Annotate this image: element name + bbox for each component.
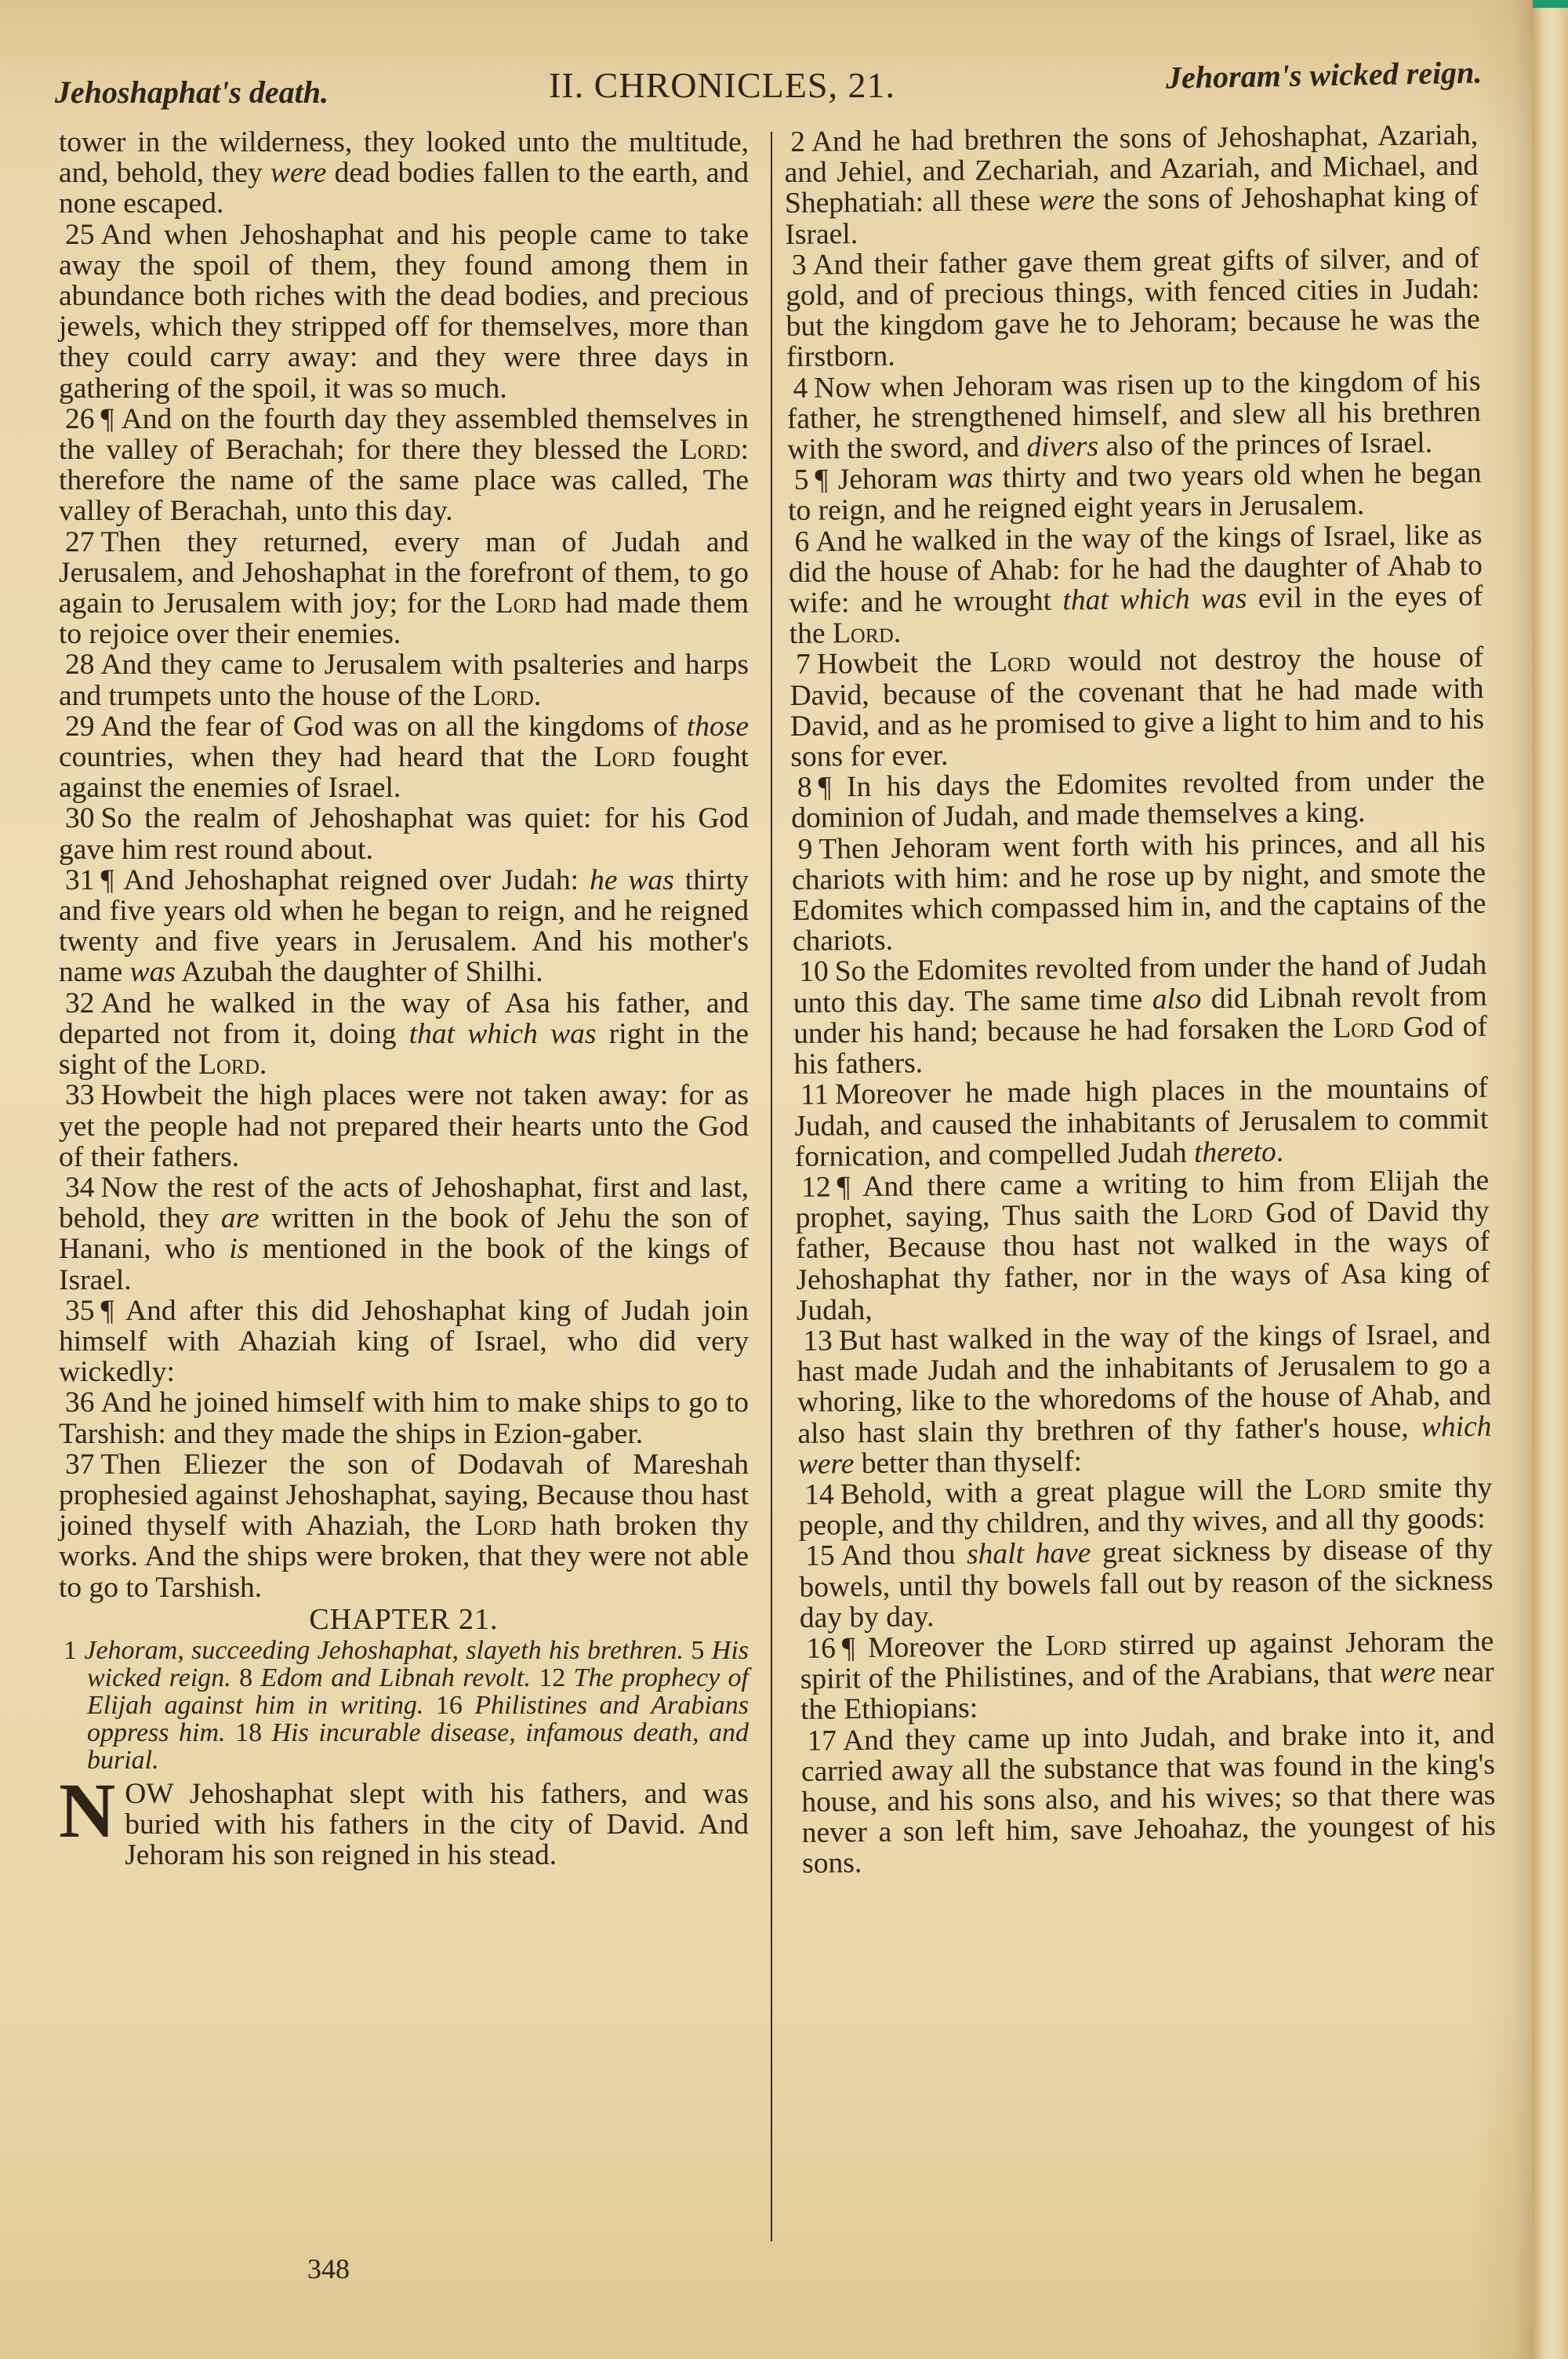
- verse: 13But hast walked in the way of the king…: [797, 1319, 1492, 1480]
- verse: 30So the realm of Jehoshaphat was quiet:…: [59, 803, 749, 864]
- verse: 12¶ And there came a writing to him from…: [795, 1165, 1490, 1326]
- verse-number: 28: [65, 649, 95, 681]
- header-left-title: Jehoshaphat's death.: [55, 74, 328, 111]
- verse-number: 2: [790, 126, 805, 158]
- verse-number: 12: [801, 1171, 831, 1203]
- verse-number: 15: [805, 1540, 835, 1572]
- verse-number: 4: [793, 372, 808, 404]
- verse-number: 17: [807, 1725, 837, 1757]
- verse-text: .: [260, 1049, 267, 1081]
- italic-supplied-word: that which was: [409, 1018, 597, 1050]
- verse-text: .: [894, 617, 902, 649]
- verse-number: 10: [799, 956, 829, 988]
- pilcrow-icon: ¶: [101, 1295, 126, 1327]
- opening-verse: NOW Jehoshaphat slept with his fathers, …: [59, 1779, 749, 1871]
- verse: 34Now the rest of the acts of Jehoshapha…: [59, 1172, 749, 1296]
- verse-text: But hast walked in the way of the kings …: [797, 1318, 1491, 1450]
- chapter-heading: CHAPTER 21.: [59, 1605, 749, 1635]
- pilcrow-icon: ¶: [101, 864, 124, 896]
- small-caps-lord: Lord: [1192, 1198, 1253, 1230]
- verse: 37Then Eliezer the son of Dodavah of Mar…: [59, 1449, 749, 1603]
- verse-number: 33: [65, 1079, 95, 1111]
- verse-text: Then Jehoram went forth with his princes…: [792, 826, 1486, 958]
- italic-supplied-word: were: [270, 157, 327, 189]
- verse: 27Then they returned, every man of Judah…: [59, 527, 749, 650]
- italic-supplied-word: shalt have: [967, 1537, 1091, 1571]
- verse: 4Now when Jehoram was risen up to the ki…: [786, 365, 1481, 465]
- verse-text: And thou: [840, 1539, 967, 1572]
- verse: 15And thou shalt have great sickness by …: [799, 1534, 1494, 1634]
- italic-supplied-word: are: [221, 1202, 260, 1234]
- column-divider: [771, 132, 772, 2241]
- verse-number: 16: [806, 1632, 836, 1664]
- page-edge-curl: [1533, 0, 1568, 2359]
- italic-supplied-word: is: [229, 1233, 249, 1265]
- verse-continuation: tower in the wilderness, they looked unt…: [59, 127, 749, 220]
- verse: 25And when Jehoshaphat and his people ca…: [59, 220, 749, 404]
- summary-text: Edom and Libnah revolt.: [261, 1663, 531, 1692]
- summary-verse-number: 16: [423, 1691, 474, 1720]
- verse-text: And Jehoshaphat reigned over Judah:: [123, 864, 590, 896]
- verse-text: Jehoram: [838, 463, 948, 496]
- verse: 33Howbeit the high places were not taken…: [59, 1080, 749, 1172]
- verse-text: And their father gave them great gifts o…: [786, 242, 1480, 374]
- italic-supplied-word: he was: [590, 864, 674, 896]
- italic-supplied-word: that which was: [1062, 583, 1247, 616]
- verse-text: And on the fourth day they assembled the…: [59, 403, 749, 466]
- verse-number: 27: [65, 526, 95, 558]
- verse-text: Moreover he made high places in the moun…: [794, 1072, 1488, 1173]
- verse: 31¶ And Jehoshaphat reigned over Judah: …: [59, 865, 749, 988]
- verse: 32And he walked in the way of Asa his fa…: [59, 988, 749, 1081]
- verse: 36And he joined himself with him to make…: [59, 1387, 749, 1448]
- pilcrow-icon: ¶: [818, 771, 847, 803]
- verse-text: And after this did Jehoshaphat king of J…: [59, 1295, 749, 1388]
- summary-verse-number: 1: [64, 1636, 84, 1665]
- header-book-chapter: II. CHRONICLES, 21.: [549, 64, 895, 106]
- right-verses: 2And he had brethren the sons of Jehosha…: [784, 120, 1496, 1880]
- bible-page: Jehoshaphat's death. II. CHRONICLES, 21.…: [0, 0, 1533, 2359]
- italic-supplied-word: those: [687, 711, 749, 743]
- verse-text: .: [1276, 1136, 1284, 1168]
- verse-text: And he joined himself with him to make s…: [59, 1387, 749, 1449]
- verse-text: countries, when they had heard that the: [59, 741, 594, 773]
- verse-text: better than thyself:: [854, 1445, 1082, 1480]
- verse: 3And their father gave them great gifts …: [786, 243, 1481, 373]
- left-column: tower in the wilderness, they looked unt…: [59, 127, 749, 1871]
- verse-number: 32: [65, 987, 95, 1020]
- verse-number: 5: [794, 464, 809, 496]
- small-caps-lord: Lord: [475, 1510, 536, 1542]
- summary-verse-number: 18: [226, 1718, 272, 1747]
- verse-number: 30: [65, 802, 95, 834]
- left-verses: 25And when Jehoshaphat and his people ca…: [59, 220, 749, 1603]
- verse-number: 37: [65, 1448, 95, 1481]
- pilcrow-icon: ¶: [101, 403, 122, 435]
- small-caps-lord: Lord: [989, 646, 1051, 679]
- verse-text: In his days the Edomites revolted from u…: [791, 765, 1485, 834]
- verse: 29And the fear of God was on all the kin…: [59, 711, 749, 804]
- opening-verse-text: OW Jehoshaphat slept with his fathers, a…: [125, 1778, 749, 1871]
- small-caps-lord: Lord: [1333, 1012, 1394, 1045]
- verse-number: 36: [65, 1387, 95, 1419]
- verse-number: 14: [804, 1478, 834, 1510]
- verse: 26¶ And on the fourth day they assembled…: [59, 404, 749, 527]
- verse-text: And they came up into Judah, and brake i…: [801, 1717, 1496, 1880]
- verse: 16¶ Moreover the Lord stirred up against…: [800, 1627, 1494, 1726]
- chapter-summary: 1 Jehoram, succeeding Jehoshaphat, slaye…: [59, 1637, 749, 1774]
- verse-number: 11: [800, 1079, 829, 1111]
- verse-number: 25: [65, 219, 95, 251]
- verse-text: And the fear of God was on all the kingd…: [101, 711, 687, 743]
- small-caps-lord: Lord: [680, 434, 741, 466]
- verse-number: 35: [65, 1295, 95, 1327]
- verse-number: 6: [794, 525, 809, 558]
- verse: 17And they came up into Judah, and brake…: [800, 1718, 1496, 1879]
- verse-text: Howbeit the high places were not taken a…: [59, 1079, 749, 1172]
- pilcrow-icon: ¶: [837, 1171, 862, 1203]
- bookmark-tab: [1533, 0, 1568, 8]
- small-caps-lord: Lord: [594, 741, 655, 773]
- verse-number: 3: [792, 249, 807, 282]
- small-caps-lord: Lord: [473, 680, 534, 712]
- verse: 14Behold, with a great plague will the L…: [798, 1473, 1493, 1542]
- verse-number: 29: [65, 711, 95, 743]
- verse: 35¶ And after this did Jehoshaphat king …: [59, 1296, 749, 1388]
- verse-number: 8: [797, 772, 812, 804]
- small-caps-lord: Lord: [1045, 1630, 1106, 1663]
- summary-verse-number: 12: [531, 1663, 574, 1692]
- verse-number: 13: [803, 1325, 833, 1357]
- verse: 2And he had brethren the sons of Jehosha…: [784, 120, 1479, 250]
- verse-number: 31: [65, 864, 95, 896]
- verse: 6And he walked in the way of the kings o…: [788, 519, 1483, 649]
- page-number: 348: [307, 2252, 350, 2285]
- verse-text: And when Jehoshaphat and his people came…: [59, 219, 749, 405]
- italic-supplied-word: divers: [1026, 431, 1098, 463]
- small-caps-lord: Lord: [833, 617, 894, 650]
- summary-verse-number: 8: [231, 1663, 261, 1692]
- verse: 8¶ In his days the Edomites revolted fro…: [791, 765, 1486, 834]
- verse-number: 34: [65, 1172, 95, 1204]
- verse-text: Howbeit the: [817, 647, 990, 681]
- italic-supplied-word: was: [947, 462, 993, 495]
- summary-text: Jehoram, succeeding Jehoshaphat, slayeth…: [84, 1636, 684, 1665]
- verse-text: also of the princes of Israel.: [1098, 427, 1432, 462]
- italic-supplied-word: was: [130, 956, 176, 988]
- verse-number: 9: [797, 833, 812, 865]
- verse: 7Howbeit the Lord would not destroy the …: [789, 642, 1485, 772]
- small-caps-lord: Lord: [198, 1049, 260, 1081]
- small-caps-lord: Lord: [1305, 1473, 1366, 1506]
- pilcrow-icon: ¶: [842, 1632, 869, 1664]
- running-header: Jehoshaphat's death. II. CHRONICLES, 21.…: [55, 56, 1482, 111]
- italic-supplied-word: also: [1152, 983, 1202, 1016]
- header-right-title: Jehoram's wicked reign.: [1165, 53, 1482, 96]
- verse-text: So the realm of Jehoshaphat was quiet: f…: [59, 802, 749, 865]
- right-column: 2And he had brethren the sons of Jehosha…: [784, 120, 1496, 1880]
- verse-number: 26: [65, 403, 95, 435]
- pilcrow-icon: ¶: [815, 464, 838, 496]
- verse-text: Azubah the daughter of Shilhi.: [176, 956, 543, 988]
- italic-supplied-word: were: [1380, 1657, 1436, 1690]
- verse-text: .: [534, 680, 541, 712]
- small-caps-lord: Lord: [495, 587, 557, 620]
- verse-text: Moreover the: [868, 1630, 1046, 1664]
- verse: 5¶ Jehoram was thirty and two years old …: [788, 458, 1483, 527]
- italic-supplied-word: were: [1039, 184, 1095, 217]
- verse: 10So the Edomites revolted from under th…: [793, 950, 1488, 1080]
- verse: 28And they came to Jerusalem with psalte…: [59, 649, 749, 711]
- italic-supplied-word: thereto: [1194, 1136, 1276, 1169]
- verse-number: 7: [796, 649, 811, 681]
- summary-verse-number: 5: [684, 1636, 712, 1665]
- drop-cap: N: [59, 1780, 115, 1841]
- verse-text: And they came to Jerusalem with psalteri…: [59, 649, 749, 711]
- verse: 9Then Jehoram went forth with his prince…: [791, 827, 1486, 957]
- verse: 11Moreover he made high places in the mo…: [794, 1073, 1489, 1172]
